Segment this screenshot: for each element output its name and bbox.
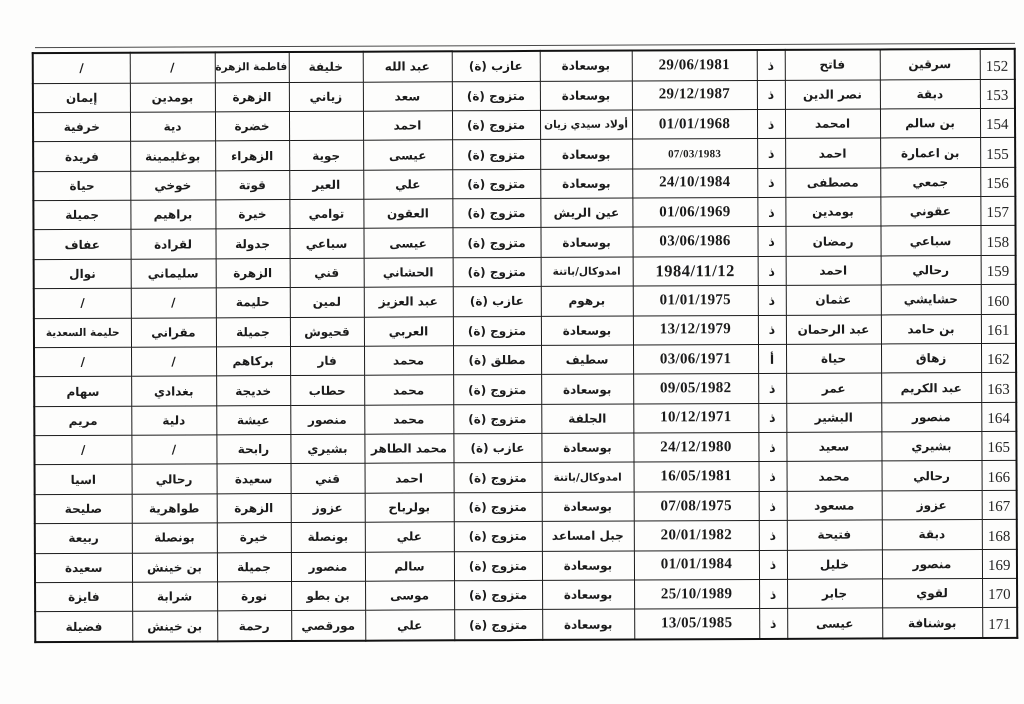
cell-birth-place: بوسعادة: [541, 433, 633, 463]
registry-table: //فاطمة الزهرةخليفةعبد اللهعازب (ة)بوسعا…: [32, 48, 1019, 643]
cell-surname: جمعي: [880, 167, 980, 197]
cell-col3-name: خيرة: [217, 523, 291, 553]
cell-birth-place: سطيف: [541, 345, 633, 375]
cell-marital-status: عازب (ة): [452, 51, 540, 81]
cell-row-number: 164: [981, 402, 1016, 432]
cell-col2-name: لقرادة: [130, 229, 215, 259]
cell-col2-name: شرابة: [132, 582, 217, 612]
cell-row-number: 163: [981, 373, 1016, 403]
cell-given-name: مصطفى: [785, 168, 880, 198]
cell-birth-place: بوسعادة: [540, 139, 632, 169]
cell-col3-name: الزهرة: [215, 82, 289, 112]
cell-gender: ذ: [757, 50, 785, 80]
cell-gender: ذ: [758, 256, 786, 285]
cell-gender: ذ: [759, 579, 787, 608]
cell-col1-name: إيمان: [33, 83, 130, 113]
cell-row-number: 152: [980, 49, 1015, 79]
cell-marital-status: متزوج (ة): [452, 228, 540, 258]
cell-marital-status: عازب (ة): [453, 287, 541, 317]
cell-row-number: 171: [982, 608, 1017, 638]
cell-birth-place: بوسعادة: [542, 609, 634, 640]
cell-given-name: مسعود: [787, 491, 882, 521]
table-row: فريدةبوغليمينةالزهراءجويةعيسىمتزوج (ة)بو…: [33, 138, 1015, 172]
cell-col5-name: علي: [363, 170, 452, 200]
cell-birth-place: بوسعادة: [540, 227, 632, 257]
cell-given-name: عثمان: [786, 285, 881, 315]
cell-gender: ذ: [759, 491, 787, 520]
cell-birth-place: بوسعادة: [542, 551, 634, 581]
cell-gender: ذ: [759, 462, 787, 491]
cell-col3-name: حليمة: [216, 288, 290, 318]
cell-given-name: بومدين: [785, 197, 880, 227]
cell-birth-date: 07/08/1975: [634, 491, 759, 521]
table-row: //رابحةبشيريمحمد الطاهرعازب (ة)بوسعادة24…: [34, 431, 1016, 465]
cell-col3-name: سعيدة: [217, 464, 291, 494]
cell-marital-status: متزوج (ة): [452, 140, 540, 170]
cell-col4-name: قني: [290, 258, 364, 288]
cell-col4-name: بونصلة: [291, 522, 365, 552]
cell-row-number: 160: [981, 285, 1016, 315]
registry-table-body: //فاطمة الزهرةخليفةعبد اللهعازب (ة)بوسعا…: [33, 49, 1018, 642]
cell-col4-name: فار: [290, 346, 364, 376]
cell-col5-name: عيسى: [363, 140, 452, 170]
cell-gender: ذ: [759, 609, 787, 639]
cell-given-name: نصر الدين: [785, 80, 880, 110]
cell-surname: زهاق: [881, 343, 981, 373]
cell-col1-name: /: [34, 347, 131, 377]
cell-col2-name: بن خينش: [132, 611, 217, 642]
table-row: عفافلقرادةجدولةسباعيعيسىمتزوج (ة)بوسعادة…: [33, 226, 1015, 260]
cell-surname: عزوز: [882, 490, 982, 520]
cell-birth-date: 01/01/1968: [632, 109, 757, 139]
cell-col2-name: بن خينش: [132, 552, 217, 582]
cell-col4-name: سباعي: [289, 229, 363, 259]
cell-gender: ذ: [757, 227, 785, 256]
cell-col4-name: قني: [291, 464, 365, 494]
cell-given-name: فتيحة: [787, 520, 882, 550]
cell-marital-status: متزوج (ة): [454, 610, 542, 641]
scan-area: //فاطمة الزهرةخليفةعبد اللهعازب (ة)بوسعا…: [32, 48, 1017, 643]
cell-col1-name: /: [34, 288, 131, 318]
cell-col5-name: احمد: [363, 111, 452, 141]
cell-given-name: عيسى: [787, 608, 882, 639]
cell-birth-date: 01/06/1969: [632, 198, 757, 228]
table-row: صليحةطواهريةالزهرةعزوزبولرباحمتزوج (ة)بو…: [35, 490, 1017, 524]
table-top-rule: [35, 43, 1015, 48]
cell-marital-status: متزوج (ة): [452, 81, 540, 111]
cell-birth-place: بوسعادة: [540, 51, 632, 81]
cell-given-name: سعيد: [786, 432, 881, 462]
cell-row-number: 159: [981, 255, 1016, 285]
cell-col3-name: بركاهم: [216, 346, 290, 376]
cell-col1-name: نوال: [34, 259, 131, 289]
cell-col3-name: جدولة: [215, 229, 289, 259]
cell-row-number: 166: [982, 461, 1017, 491]
cell-row-number: 156: [980, 167, 1015, 197]
cell-gender: ذ: [757, 80, 785, 109]
cell-col4-name: حطاب: [290, 376, 364, 406]
cell-col1-name: فضيلة: [35, 612, 132, 643]
cell-col5-name: محمد: [364, 346, 453, 376]
table-row: حليمة السعديةمقرانيجميلةقحيوشالعربيمتزوج…: [34, 314, 1016, 348]
cell-col2-name: بومدين: [130, 82, 215, 112]
cell-col2-name: دية: [130, 112, 215, 142]
cell-col2-name: براهيم: [130, 200, 215, 230]
cell-row-number: 153: [980, 79, 1015, 109]
cell-given-name: عمر: [786, 373, 881, 403]
cell-col5-name: محمد: [364, 375, 453, 405]
cell-col3-name: خيرة: [215, 200, 289, 230]
cell-birth-date: 24/12/1980: [633, 433, 758, 463]
cell-col5-name: الحشاني: [364, 258, 453, 288]
cell-row-number: 170: [982, 578, 1017, 608]
cell-row-number: 162: [981, 343, 1016, 373]
cell-row-number: 169: [982, 549, 1017, 579]
cell-col4-name: منصور: [290, 405, 364, 435]
cell-birth-date: 24/10/1984: [632, 168, 757, 198]
cell-col4-name: قحيوش: [290, 317, 364, 347]
cell-birth-date: 16/05/1981: [634, 462, 759, 492]
cell-col3-name: الزهرة: [217, 493, 291, 523]
cell-col3-name: جميلة: [216, 317, 290, 347]
cell-col1-name: ربيعة: [35, 523, 132, 553]
cell-marital-status: متزوج (ة): [453, 375, 541, 405]
cell-birth-date: 03/06/1986: [632, 227, 757, 257]
cell-col1-name: فريدة: [33, 142, 130, 172]
table-row: ربيعةبونصلةخيرةبونصلةعليمتزوج (ة)جبل امس…: [35, 520, 1017, 554]
cell-gender: ذ: [757, 109, 785, 138]
cell-birth-place: جبل امساعد: [542, 521, 634, 551]
cell-col2-name: بونصلة: [132, 523, 217, 553]
table-row: جميلةبراهيمخيرةتواميالعقونمتزوج (ة)عين ا…: [33, 196, 1015, 230]
cell-birth-date: 29/12/1987: [632, 80, 757, 110]
cell-col5-name: سعد: [363, 81, 452, 111]
cell-col1-name: سعيدة: [35, 553, 132, 583]
cell-surname: بن اعمارة: [880, 138, 980, 168]
cell-col2-name: دلية: [131, 406, 216, 436]
cell-col1-name: /: [33, 53, 130, 84]
cell-marital-status: متزوج (ة): [454, 551, 542, 581]
cell-col3-name: خديجة: [216, 376, 290, 406]
cell-col3-name: قوتة: [215, 170, 289, 200]
cell-row-number: 161: [981, 314, 1016, 344]
cell-col2-name: بوغليمينة: [130, 141, 215, 171]
table-row: نوالسليمانيالزهرةقنيالحشانيمتزوج (ة)امدو…: [34, 255, 1016, 289]
table-row: مريمدليةعيشةمنصورمحمدمتزوج (ة)الجلفة10/1…: [34, 402, 1016, 436]
cell-birth-date: 29/06/1981: [632, 50, 757, 81]
cell-birth-place: برهوم: [541, 286, 633, 316]
cell-surname: بشيري: [881, 432, 981, 462]
cell-col1-name: سهام: [34, 377, 131, 407]
cell-given-name: رمضان: [785, 226, 880, 256]
cell-gender: ذ: [759, 521, 787, 550]
cell-marital-status: عازب (ة): [453, 434, 541, 464]
cell-surname: منصور: [882, 549, 982, 579]
cell-col4-name: مورقصي: [291, 611, 365, 641]
cell-gender: ذ: [757, 197, 785, 226]
cell-marital-status: متزوج (ة): [452, 110, 540, 140]
cell-given-name: حياة: [786, 344, 881, 374]
cell-given-name: احمد: [786, 256, 881, 286]
cell-birth-place: بوسعادة: [541, 316, 633, 346]
cell-birth-place: بوسعادة: [542, 580, 634, 610]
cell-col5-name: علي: [365, 610, 454, 641]
cell-birth-date: 1984/11/12: [633, 256, 758, 286]
cell-surname: سرقين: [880, 49, 980, 80]
cell-col3-name: نورة: [217, 581, 291, 611]
cell-given-name: خليل: [787, 550, 882, 580]
cell-gender: ذ: [758, 374, 786, 403]
cell-birth-place: بوسعادة: [540, 81, 632, 111]
cell-surname: عبد الكريم: [881, 373, 981, 403]
cell-gender: ذ: [757, 168, 785, 197]
table-row: خرفيةديةخضرةاحمدمتزوج (ة)أولاد سيدي زيان…: [33, 108, 1015, 142]
cell-gender: ذ: [758, 286, 786, 315]
cell-birth-date: 25/10/1989: [634, 579, 759, 609]
cell-col3-name: الزهرة: [216, 258, 290, 288]
cell-col5-name: محمد: [364, 405, 453, 435]
cell-col5-name: سالم: [365, 551, 454, 581]
cell-surname: منصور: [881, 402, 981, 432]
cell-surname: بوشنافة: [882, 608, 982, 639]
cell-row-number: 157: [980, 196, 1015, 226]
cell-marital-status: متزوج (ة): [454, 492, 542, 522]
cell-col2-name: خوخي: [130, 171, 215, 201]
cell-col1-name: فايزة: [35, 582, 132, 612]
cell-marital-status: متزوج (ة): [454, 580, 542, 610]
cell-surname: حشايشي: [881, 285, 981, 315]
table-row: حياةخوخيقوتةالعيرعليمتزوج (ة)بوسعادة24/1…: [33, 167, 1015, 201]
cell-surname: سباعي: [880, 226, 980, 256]
cell-birth-date: 13/12/1979: [633, 315, 758, 345]
cell-col5-name: عبد الله: [363, 51, 452, 81]
cell-col4-name: لمين: [290, 287, 364, 317]
cell-col4-name: العير: [289, 170, 363, 200]
table-row: //بركاهمفارمحمدمطلق (ة)سطيف03/06/1971أحي…: [34, 343, 1016, 377]
cell-col3-name: رحمة: [217, 611, 291, 641]
cell-col1-name: عفاف: [33, 230, 130, 260]
cell-col2-name: بغدادي: [131, 376, 216, 406]
cell-col1-name: جميلة: [33, 200, 130, 230]
cell-given-name: فاتح: [785, 49, 880, 79]
table-row: فضيلةبن خينشرحمةمورقصيعليمتزوج (ة)بوسعاد…: [35, 608, 1017, 642]
cell-col4-name: توامي: [289, 199, 363, 229]
cell-marital-status: متزوج (ة): [453, 404, 541, 434]
cell-birth-date: 13/05/1985: [634, 609, 759, 640]
cell-col5-name: العقون: [363, 199, 452, 229]
cell-col2-name: /: [130, 52, 215, 82]
cell-birth-place: امدوكال/باتنة: [541, 257, 633, 287]
cell-col5-name: عيسى: [363, 228, 452, 258]
cell-col4-name: خليفة: [289, 52, 363, 82]
cell-col4-name: زياني: [289, 82, 363, 112]
cell-col3-name: خضرة: [215, 111, 289, 141]
cell-given-name: البشير: [786, 403, 881, 433]
cell-given-name: محمد: [787, 461, 882, 491]
cell-birth-place: بوسعادة: [540, 169, 632, 199]
cell-given-name: جابر: [787, 579, 882, 609]
cell-given-name: امحمد: [785, 109, 880, 139]
cell-col5-name: علي: [365, 522, 454, 552]
cell-surname: رحالي: [881, 255, 981, 285]
cell-col2-name: رحالي: [132, 464, 217, 494]
table-row: اسيارحاليسعيدةقنياحمدمتزوج (ة)امدوكال/با…: [35, 461, 1017, 495]
cell-birth-date: 07/03/1983: [632, 139, 757, 169]
cell-surname: دبقة: [880, 79, 980, 109]
cell-col2-name: /: [131, 347, 216, 377]
cell-gender: ذ: [758, 432, 786, 461]
cell-birth-place: الجلفة: [541, 404, 633, 434]
cell-birth-date: 20/01/1982: [634, 521, 759, 551]
cell-marital-status: مطلق (ة): [453, 345, 541, 375]
cell-marital-status: متزوج (ة): [452, 169, 540, 199]
cell-col4-name: بشيري: [290, 434, 364, 464]
cell-surname: رحالي: [882, 461, 982, 491]
cell-col4-name: منصور: [291, 552, 365, 582]
cell-row-number: 167: [982, 490, 1017, 520]
cell-col3-name: رابحة: [216, 435, 290, 465]
cell-marital-status: متزوج (ة): [454, 463, 542, 493]
cell-marital-status: متزوج (ة): [453, 257, 541, 287]
cell-col1-name: اسيا: [35, 465, 132, 495]
table-row: //فاطمة الزهرةخليفةعبد اللهعازب (ة)بوسعا…: [33, 49, 1015, 83]
cell-col5-name: العربي: [364, 316, 453, 346]
table-row: إيمانبومدينالزهرةزيانيسعدمتزوج (ة)بوسعاد…: [33, 79, 1015, 113]
cell-col1-name: مريم: [34, 406, 131, 436]
cell-gender: ذ: [759, 550, 787, 579]
cell-birth-place: بوسعادة: [542, 492, 634, 522]
cell-col2-name: سليماني: [131, 259, 216, 289]
cell-birth-place: عين الريش: [540, 198, 632, 228]
cell-surname: دبقة: [882, 520, 982, 550]
cell-surname: بن حامد: [881, 314, 981, 344]
cell-row-number: 165: [981, 431, 1016, 461]
cell-col1-name: /: [34, 435, 131, 465]
cell-gender: أ: [758, 344, 786, 373]
cell-gender: ذ: [758, 315, 786, 344]
cell-row-number: 158: [980, 226, 1015, 256]
cell-marital-status: متزوج (ة): [453, 316, 541, 346]
table-row: فايزةشرابةنورةبن بطوموسىمتزوج (ة)بوسعادة…: [35, 578, 1017, 612]
cell-birth-place: بوسعادة: [541, 374, 633, 404]
cell-col3-name: جميلة: [217, 552, 291, 582]
cell-birth-date: 03/06/1971: [633, 344, 758, 374]
cell-gender: ذ: [758, 403, 786, 432]
cell-birth-date: 01/01/1975: [633, 286, 758, 316]
cell-col5-name: عبد العزيز: [364, 287, 453, 317]
cell-col5-name: احمد: [365, 463, 454, 493]
table-row: سهامبغداديخديجةحطابمحمدمتزوج (ة)بوسعادة0…: [34, 373, 1016, 407]
cell-col3-name: الزهراء: [215, 141, 289, 171]
cell-col2-name: مقراني: [131, 317, 216, 347]
cell-surname: بن سالم: [880, 108, 980, 138]
cell-birth-place: امدوكال/باتنة: [542, 462, 634, 492]
cell-birth-date: 10/12/1971: [633, 403, 758, 433]
cell-col2-name: /: [131, 288, 216, 318]
cell-col3-name: فاطمة الزهرة: [215, 52, 289, 82]
cell-col4-name: جوية: [289, 141, 363, 171]
cell-marital-status: متزوج (ة): [452, 199, 540, 229]
cell-birth-place: أولاد سيدي زيان: [540, 110, 632, 140]
cell-marital-status: متزوج (ة): [454, 522, 542, 552]
scanned-document-page: //فاطمة الزهرةخليفةعبد اللهعازب (ة)بوسعا…: [0, 0, 1024, 704]
table-row: سعيدةبن خينشجميلةمنصورسالممتزوج (ة)بوسعا…: [35, 549, 1017, 583]
cell-row-number: 168: [982, 520, 1017, 550]
cell-col5-name: محمد الطاهر: [364, 434, 453, 464]
cell-col5-name: بولرباح: [365, 493, 454, 523]
cell-gender: ذ: [757, 139, 785, 168]
cell-given-name: احمد: [785, 138, 880, 168]
cell-birth-date: 09/05/1982: [633, 374, 758, 404]
cell-col3-name: عيشة: [216, 405, 290, 435]
cell-col2-name: طواهرية: [132, 494, 217, 524]
cell-col4-name: عزوز: [291, 493, 365, 523]
cell-birth-date: 01/01/1984: [634, 550, 759, 580]
cell-given-name: عبد الرحمان: [786, 315, 881, 345]
cell-row-number: 155: [980, 138, 1015, 168]
cell-col1-name: خرفية: [33, 112, 130, 142]
cell-col1-name: حياة: [33, 171, 130, 201]
cell-col1-name: حليمة السعدية: [34, 318, 131, 348]
cell-surname: عقوني: [880, 197, 980, 227]
cell-col5-name: موسى: [365, 581, 454, 611]
cell-row-number: 154: [980, 108, 1015, 138]
cell-col2-name: /: [131, 435, 216, 465]
cell-col4-name: بن بطو: [291, 581, 365, 611]
cell-col4-name: [289, 111, 363, 141]
cell-surname: لقوي: [882, 578, 982, 608]
cell-col1-name: صليحة: [35, 494, 132, 524]
table-row: //حليمةلمينعبد العزيزعازب (ة)برهوم01/01/…: [34, 285, 1016, 319]
